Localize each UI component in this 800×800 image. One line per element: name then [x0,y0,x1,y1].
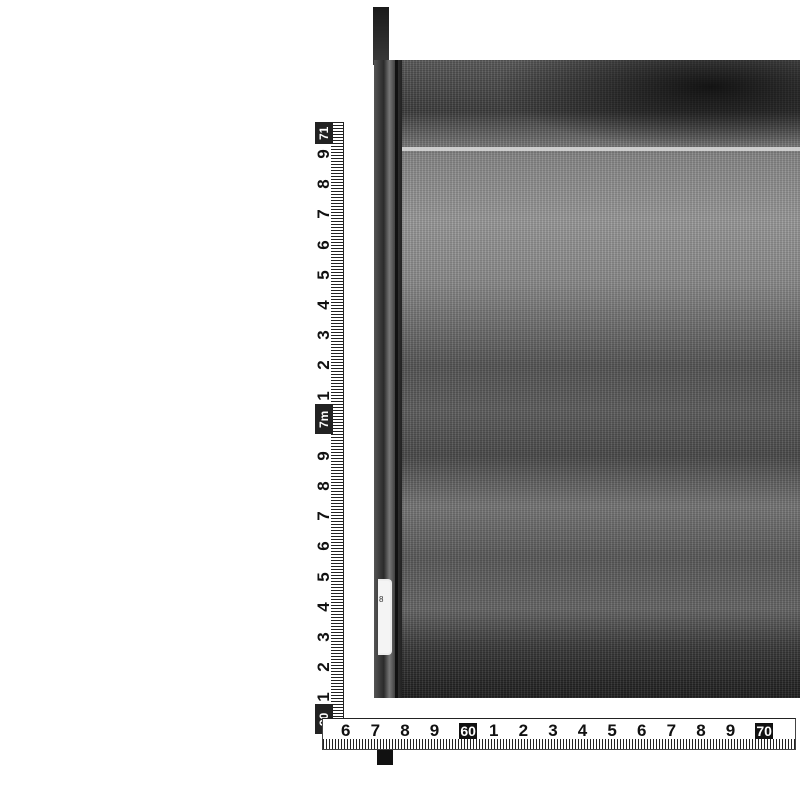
vertical-ruler-badge-mid: 7m [315,404,333,434]
horizontal-ruler-number: 2 [519,721,528,741]
vertical-ruler-number: 8 [314,477,334,495]
horizontal-ruler-number: 7 [371,721,380,741]
spine-hinge-line [395,60,398,698]
vertical-ruler-number: 9 [314,145,334,163]
horizontal-ruler: 67896012345678970 [322,718,796,750]
spine-strip-top [373,7,389,65]
vertical-ruler-number: 8 [314,175,334,193]
horizontal-ruler-number: 1 [489,721,498,741]
vertical-ruler-number: 7 [314,507,334,525]
horizontal-ruler-number: 6 [341,721,350,741]
horizontal-ruler-badge: 70 [755,721,773,741]
vertical-ruler: 71 987654321987654321 7m 90 [313,122,344,750]
horizontal-ruler-number: 4 [578,721,587,741]
horizontal-ruler-number: 8 [400,721,409,741]
vertical-ruler-number: 2 [314,356,334,374]
horizontal-ruler-number: 8 [696,721,705,741]
vertical-ruler-number: 7 [314,205,334,223]
horizontal-ruler-badge: 60 [459,721,477,741]
vertical-ruler-number: 4 [314,598,334,616]
spine-label-text: 8 [379,595,383,604]
horizontal-ruler-number: 9 [430,721,439,741]
vertical-ruler-number: 2 [314,658,334,676]
vertical-ruler-number: 4 [314,296,334,314]
horizontal-ruler-number: 5 [607,721,616,741]
horizontal-ruler-ticks [323,739,795,749]
vertical-ruler-number: 9 [314,447,334,465]
cover-shadow [494,60,800,150]
vertical-ruler-number: 5 [314,568,334,586]
vertical-ruler-number: 1 [314,387,334,405]
horizontal-ruler-number: 7 [667,721,676,741]
horizontal-ruler-number: 6 [637,721,646,741]
horizontal-ruler-number: 3 [548,721,557,741]
book-cover: 8 [374,60,800,698]
vertical-ruler-badge-top: 71 [315,122,333,144]
vertical-ruler-number: 3 [314,326,334,344]
vertical-ruler-number: 6 [314,236,334,254]
vertical-ruler-number: 6 [314,537,334,555]
horizontal-ruler-number: 9 [726,721,735,741]
vertical-ruler-number: 5 [314,266,334,284]
cover-band-line [402,147,800,151]
vertical-ruler-number: 3 [314,628,334,646]
spine-label-tab: 8 [378,579,392,655]
